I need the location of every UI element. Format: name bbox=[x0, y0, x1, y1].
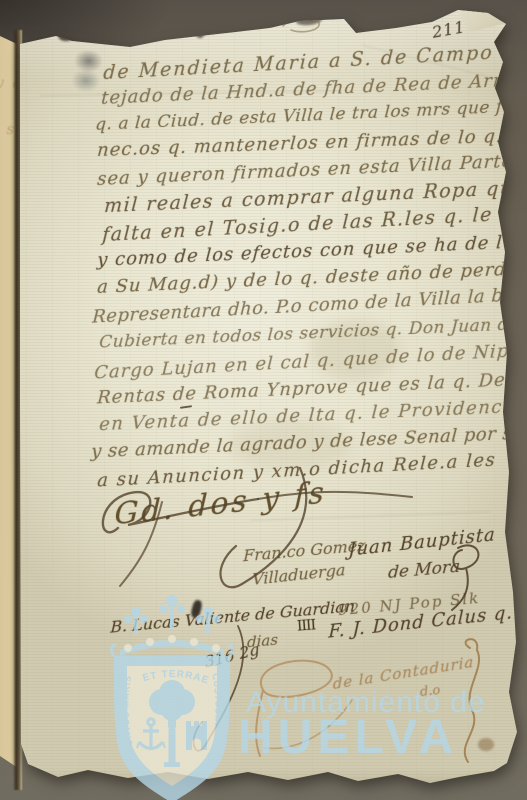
flourish-rubric-descender bbox=[221, 468, 307, 587]
manuscript-scan: y e l s de Mendieta Maria a S. de Campo … bbox=[0, 0, 527, 800]
flourish-rubric-tail bbox=[258, 492, 412, 499]
flourish-top-swirl bbox=[283, 17, 319, 32]
flourish-lucas-descender bbox=[194, 626, 244, 751]
flourish-sepia-tall bbox=[465, 639, 479, 762]
flourish-rubric-descender2 bbox=[120, 502, 162, 586]
flourish-mora-rubric bbox=[452, 545, 478, 610]
flourish-sepia-oval bbox=[256, 661, 332, 756]
flourish-sepia-swirl bbox=[264, 700, 352, 748]
manuscript-page: de Mendieta Maria a S. de Campo Chita te… bbox=[0, 0, 527, 800]
ink-flourishes bbox=[0, 0, 527, 800]
flourish-rubric-loop bbox=[103, 492, 258, 532]
page-wrapper: de Mendieta Maria a S. de Campo Chita te… bbox=[0, 0, 527, 800]
